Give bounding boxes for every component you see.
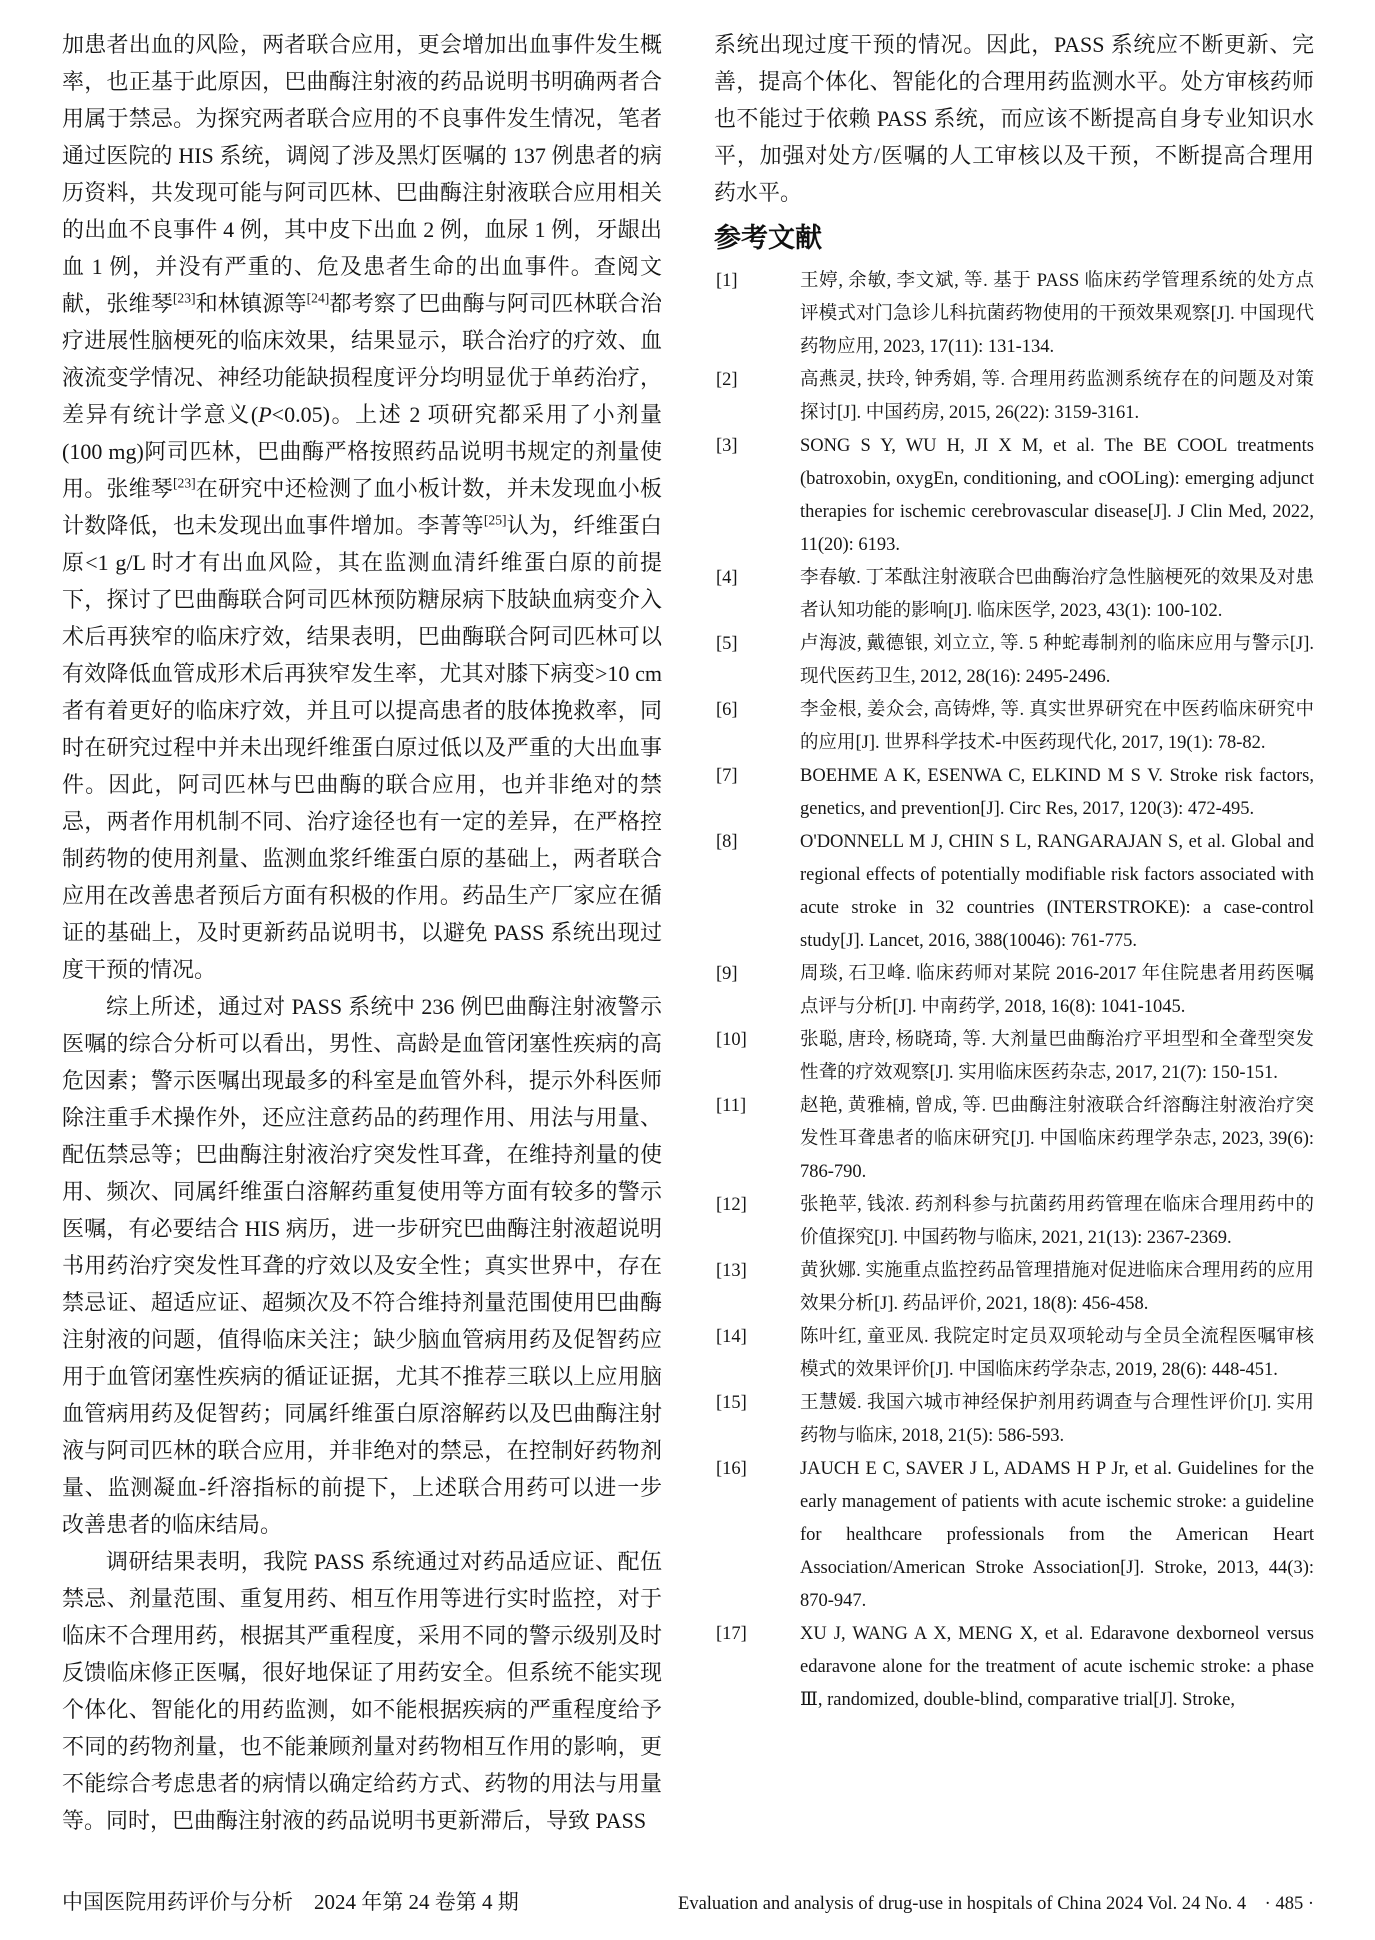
reference-item: [8]O'DONNELL M J, CHIN S L, RANGARAJAN S… xyxy=(714,826,1314,958)
reference-number: [15] xyxy=(716,1387,747,1420)
reference-item: [5]卢海波, 戴德银, 刘立立, 等. 5 种蛇毒制剂的临床应用与警示[J].… xyxy=(714,628,1314,694)
reference-number: [12] xyxy=(716,1189,747,1222)
reference-item: [17]XU J, WANG A X, MENG X, et al. Edara… xyxy=(714,1618,1314,1717)
reference-item: [3]SONG S Y, WU H, JI X M, et al. The BE… xyxy=(714,430,1314,562)
body-text: 和林镇源等 xyxy=(196,291,307,316)
citation-ref-23: [23] xyxy=(173,476,196,491)
reference-text: JAUCH E C, SAVER J L, ADAMS H P Jr, et a… xyxy=(800,1459,1314,1611)
references-list: [1]王婷, 余敏, 李文斌, 等. 基于 PASS 临床药学管理系统的处方点评… xyxy=(714,265,1314,1717)
reference-number: [4] xyxy=(716,562,738,595)
body-text: 认为，纤维蛋白原<1 g/L 时才有出血风险，其在监测血清纤维蛋白原的前提下，探… xyxy=(62,513,662,982)
reference-text: 李金根, 姜众会, 高铸烨, 等. 真实世界研究在中医药临床研究中的应用[J].… xyxy=(800,700,1314,753)
reference-text: 高燕灵, 扶玲, 钟秀娟, 等. 合理用药监测系统存在的问题及对策探讨[J]. … xyxy=(800,370,1314,423)
reference-text: 周琰, 石卫峰. 临床药师对某院 2016-2017 年住院患者用药医嘱点评与分… xyxy=(800,964,1314,1017)
reference-item: [16]JAUCH E C, SAVER J L, ADAMS H P Jr, … xyxy=(714,1453,1314,1618)
reference-item: [6]李金根, 姜众会, 高铸烨, 等. 真实世界研究在中医药临床研究中的应用[… xyxy=(714,694,1314,760)
reference-item: [14]陈叶红, 童亚凤. 我院定时定员双项轮动与全员全流程医嘱审核模式的效果评… xyxy=(714,1321,1314,1387)
reference-number: [17] xyxy=(716,1618,747,1651)
footer-journal-title-en-page-number: Evaluation and analysis of drug-use in h… xyxy=(678,1889,1314,1915)
reference-item: [11]赵艳, 黄雅楠, 曾成, 等. 巴曲酶注射液联合纤溶酶注射液治疗突发性耳… xyxy=(714,1090,1314,1189)
reference-text: 陈叶红, 童亚凤. 我院定时定员双项轮动与全员全流程医嘱审核模式的效果评价[J]… xyxy=(800,1327,1314,1380)
reference-item: [9]周琰, 石卫峰. 临床药师对某院 2016-2017 年住院患者用药医嘱点… xyxy=(714,958,1314,1024)
conclusion-paragraph: 调研结果表明，我院 PASS 系统通过对药品适应证、配伍禁忌、剂量范围、重复用药… xyxy=(62,1543,662,1839)
reference-item: [7]BOEHME A K, ESENWA C, ELKIND M S V. S… xyxy=(714,760,1314,826)
reference-text: 王慧媛. 我国六城市神经保护剂用药调查与合理性评价[J]. 实用药物与临床, 2… xyxy=(800,1393,1314,1446)
reference-text: BOEHME A K, ESENWA C, ELKIND M S V. Stro… xyxy=(800,766,1314,819)
citation-ref-25: [25] xyxy=(484,513,507,528)
reference-text: 赵艳, 黄雅楠, 曾成, 等. 巴曲酶注射液联合纤溶酶注射液治疗突发性耳聋患者的… xyxy=(800,1096,1314,1182)
reference-number: [9] xyxy=(716,958,738,991)
reference-text: SONG S Y, WU H, JI X M, et al. The BE CO… xyxy=(800,436,1314,555)
left-column: 加患者出血的风险，两者联合应用，更会增加出血事件发生概率，也正基于此原因，巴曲酶… xyxy=(62,26,662,1866)
reference-text: 李春敏. 丁苯酞注射液联合巴曲酶治疗急性脑梗死的效果及对患者认知功能的影响[J]… xyxy=(800,568,1314,621)
reference-number: [1] xyxy=(716,265,738,298)
reference-item: [4]李春敏. 丁苯酞注射液联合巴曲酶治疗急性脑梗死的效果及对患者认知功能的影响… xyxy=(714,562,1314,628)
reference-number: [14] xyxy=(716,1321,747,1354)
reference-text: XU J, WANG A X, MENG X, et al. Edaravone… xyxy=(800,1624,1314,1710)
reference-item: [10]张聪, 唐玲, 杨晓琦, 等. 大剂量巴曲酶治疗平坦型和全聋型突发性聋的… xyxy=(714,1024,1314,1090)
references-heading: 参考文献 xyxy=(714,219,1314,257)
right-column: 系统出现过度干预的情况。因此，PASS 系统应不断更新、完善，提高个体化、智能化… xyxy=(714,26,1314,1866)
reference-item: [1]王婷, 余敏, 李文斌, 等. 基于 PASS 临床药学管理系统的处方点评… xyxy=(714,265,1314,364)
reference-number: [8] xyxy=(716,826,738,859)
page-footer: 中国医院用药评价与分析 2024 年第 24 卷第 4 期 Evaluation… xyxy=(62,1886,1314,1916)
reference-item: [15]王慧媛. 我国六城市神经保护剂用药调查与合理性评价[J]. 实用药物与临… xyxy=(714,1387,1314,1453)
reference-text: 张聪, 唐玲, 杨晓琦, 等. 大剂量巴曲酶治疗平坦型和全聋型突发性聋的疗效观察… xyxy=(800,1030,1314,1083)
reference-number: [10] xyxy=(716,1024,747,1057)
two-column-layout: 加患者出血的风险，两者联合应用，更会增加出血事件发生概率，也正基于此原因，巴曲酶… xyxy=(62,26,1314,1866)
reference-number: [3] xyxy=(716,430,738,463)
reference-number: [5] xyxy=(716,628,738,661)
reference-number: [11] xyxy=(716,1090,746,1123)
reference-number: [6] xyxy=(716,694,738,727)
reference-text: 黄狄娜. 实施重点监控药品管理措施对促进临床合理用药的应用效果分析[J]. 药品… xyxy=(800,1261,1314,1314)
reference-item: [13]黄狄娜. 实施重点监控药品管理措施对促进临床合理用药的应用效果分析[J]… xyxy=(714,1255,1314,1321)
reference-number: [7] xyxy=(716,760,738,793)
citation-ref-23: [23] xyxy=(173,291,196,306)
footer-journal-title-cn: 中国医院用药评价与分析 2024 年第 24 卷第 4 期 xyxy=(62,1886,519,1916)
citation-ref-24: [24] xyxy=(307,291,330,306)
reference-text: O'DONNELL M J, CHIN S L, RANGARAJAN S, e… xyxy=(800,832,1314,951)
reference-text: 王婷, 余敏, 李文斌, 等. 基于 PASS 临床药学管理系统的处方点评模式对… xyxy=(800,271,1314,357)
paragraph-continuation: 系统出现过度干预的情况。因此，PASS 系统应不断更新、完善，提高个体化、智能化… xyxy=(714,26,1314,211)
statistic-p-variable: P xyxy=(258,402,271,427)
journal-page: 加患者出血的风险，两者联合应用，更会增加出血事件发生概率，也正基于此原因，巴曲酶… xyxy=(0,0,1375,1940)
reference-number: [16] xyxy=(716,1453,747,1486)
reference-item: [12]张艳苹, 钱浓. 药剂科参与抗菌药用药管理在临床合理用药中的价值探究[J… xyxy=(714,1189,1314,1255)
reference-item: [2]高燕灵, 扶玲, 钟秀娟, 等. 合理用药监测系统存在的问题及对策探讨[J… xyxy=(714,364,1314,430)
summary-paragraph: 综上所述，通过对 PASS 系统中 236 例巴曲酶注射液警示医嘱的综合分析可以… xyxy=(62,988,662,1543)
body-text: 加患者出血的风险，两者联合应用，更会增加出血事件发生概率，也正基于此原因，巴曲酶… xyxy=(62,32,662,316)
reference-text: 张艳苹, 钱浓. 药剂科参与抗菌药用药管理在临床合理用药中的价值探究[J]. 中… xyxy=(800,1195,1314,1248)
reference-number: [13] xyxy=(716,1255,747,1288)
paragraph-continuation: 加患者出血的风险，两者联合应用，更会增加出血事件发生概率，也正基于此原因，巴曲酶… xyxy=(62,26,662,988)
reference-number: [2] xyxy=(716,364,738,397)
reference-text: 卢海波, 戴德银, 刘立立, 等. 5 种蛇毒制剂的临床应用与警示[J]. 现代… xyxy=(800,634,1314,687)
